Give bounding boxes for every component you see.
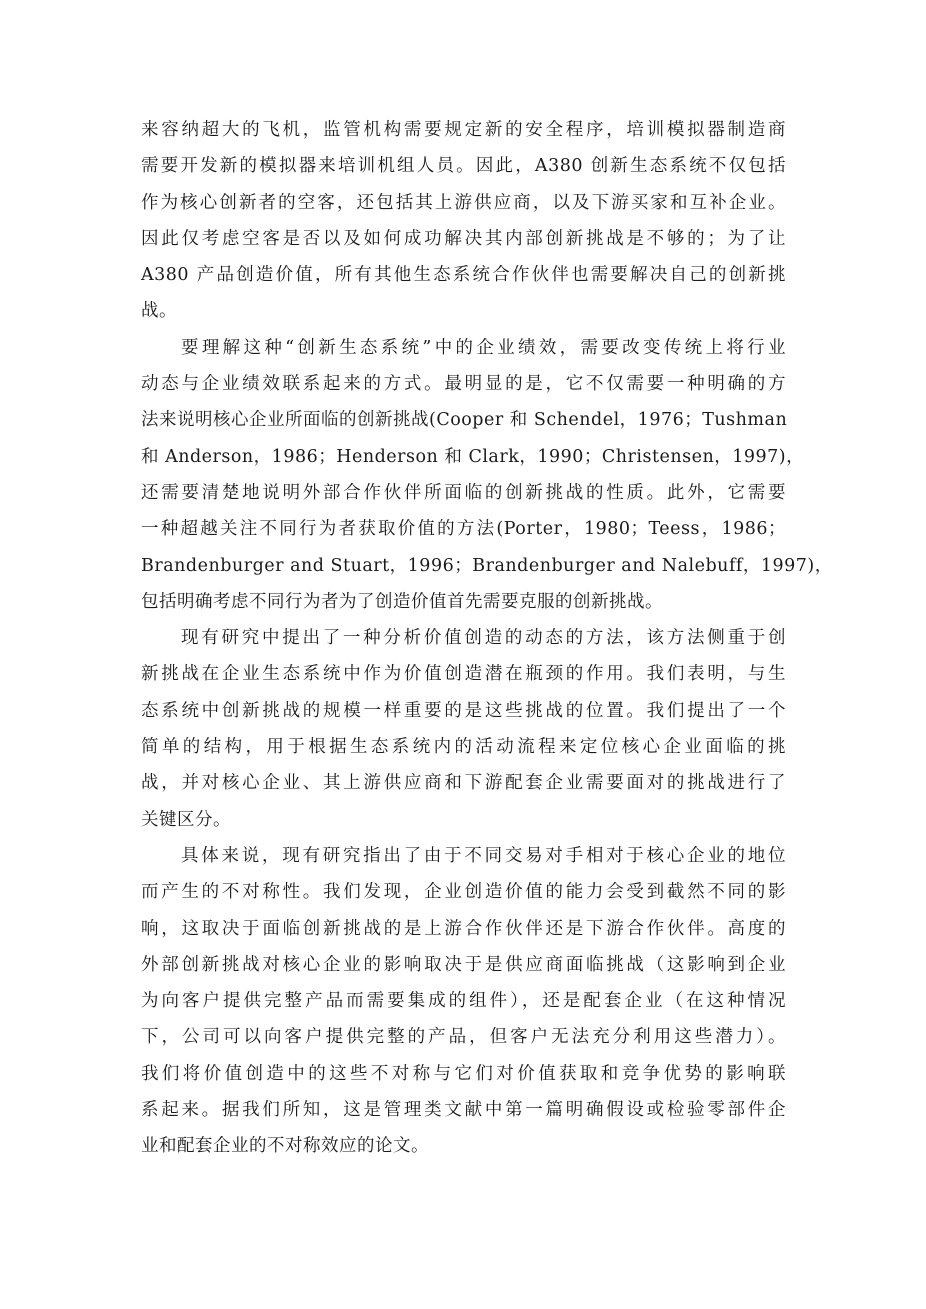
text-line: 还需要清楚地说明外部合作伙伴所面临的创新挑战的性质。此外，它需要 <box>141 475 786 511</box>
text-line: 要理解这种“创新生态系统”中的企业绩效，需要改变传统上将行业 <box>141 330 786 366</box>
text-line: 简单的结构，用于根据生态系统内的活动流程来定位核心企业面临的挑 <box>141 729 786 765</box>
text-line: 新挑战在企业生态系统中作为价值创造潜在瓶颈的作用。我们表明，与生 <box>141 656 786 692</box>
text-line: Brandenburger and Stuart，1996；Brandenbur… <box>141 548 786 584</box>
text-line: 关键区分。 <box>141 802 786 838</box>
paragraph-3: 现有研究中提出了一种分析价值创造的动态的方法，该方法侧重于创 新挑战在企业生态系… <box>141 620 786 838</box>
text-line: 动态与企业绩效联系起来的方式。最明显的是，它不仅需要一种明确的方 <box>141 366 786 402</box>
document-page: 来容纳超大的飞机，监管机构需要规定新的安全程序，培训模拟器制造商 需要开发新的模… <box>141 112 786 1165</box>
paragraph-2: 要理解这种“创新生态系统”中的企业绩效，需要改变传统上将行业 动态与企业绩效联系… <box>141 330 786 620</box>
text-line: 为向客户提供完整产品而需要集成的组件），还是配套企业（在这种情况 <box>141 983 786 1019</box>
text-line: 包括明确考虑不同行为者为了创造价值首先需要克服的创新挑战。 <box>141 584 786 620</box>
text-line: 外部创新挑战对核心企业的影响取决于是供应商面临挑战（这影响到企业 <box>141 947 786 983</box>
text-line: 法来说明核心企业所面临的创新挑战(Cooper 和 Schendel，1976；… <box>141 402 786 438</box>
text-line: 响，这取决于面临创新挑战的是上游合作伙伴还是下游合作伙伴。高度的 <box>141 911 786 947</box>
text-line: 和 Anderson，1986；Henderson 和 Clark，1990；C… <box>141 439 786 475</box>
text-line: 而产生的不对称性。我们发现，企业创造价值的能力会受到截然不同的影 <box>141 874 786 910</box>
text-line: 系起来。据我们所知，这是管理类文献中第一篇明确假设或检验零部件企 <box>141 1092 786 1128</box>
text-line: 因此仅考虑空客是否以及如何成功解决其内部创新挑战是不够的；为了让 <box>141 221 786 257</box>
text-line: 来容纳超大的飞机，监管机构需要规定新的安全程序，培训模拟器制造商 <box>141 112 786 148</box>
text-line: 业和配套企业的不对称效应的论文。 <box>141 1128 786 1164</box>
text-line: 具体来说，现有研究指出了由于不同交易对手相对于核心企业的地位 <box>141 838 786 874</box>
text-line: 战。 <box>141 293 786 329</box>
text-line: 态系统中创新挑战的规模一样重要的是这些挑战的位置。我们提出了一个 <box>141 693 786 729</box>
text-line: 下，公司可以向客户提供完整的产品，但客户无法充分利用这些潜力）。 <box>141 1019 786 1055</box>
text-line: 战，并对核心企业、其上游供应商和下游配套企业需要面对的挑战进行了 <box>141 765 786 801</box>
text-line: 现有研究中提出了一种分析价值创造的动态的方法，该方法侧重于创 <box>141 620 786 656</box>
text-line: 需要开发新的模拟器来培训机组人员。因此，A380 创新生态系统不仅包括 <box>141 148 786 184</box>
paragraph-4: 具体来说，现有研究指出了由于不同交易对手相对于核心企业的地位 而产生的不对称性。… <box>141 838 786 1165</box>
paragraph-1: 来容纳超大的飞机，监管机构需要规定新的安全程序，培训模拟器制造商 需要开发新的模… <box>141 112 786 330</box>
text-line: 作为核心创新者的空客，还包括其上游供应商，以及下游买家和互补企业。 <box>141 185 786 221</box>
text-line: 我们将价值创造中的这些不对称与它们对价值获取和竞争优势的影响联 <box>141 1056 786 1092</box>
text-line: A380 产品创造价值，所有其他生态系统合作伙伴也需要解决自己的创新挑 <box>141 257 786 293</box>
text-line: 一种超越关注不同行为者获取价值的方法(Porter，1980；Teess，198… <box>141 511 786 547</box>
